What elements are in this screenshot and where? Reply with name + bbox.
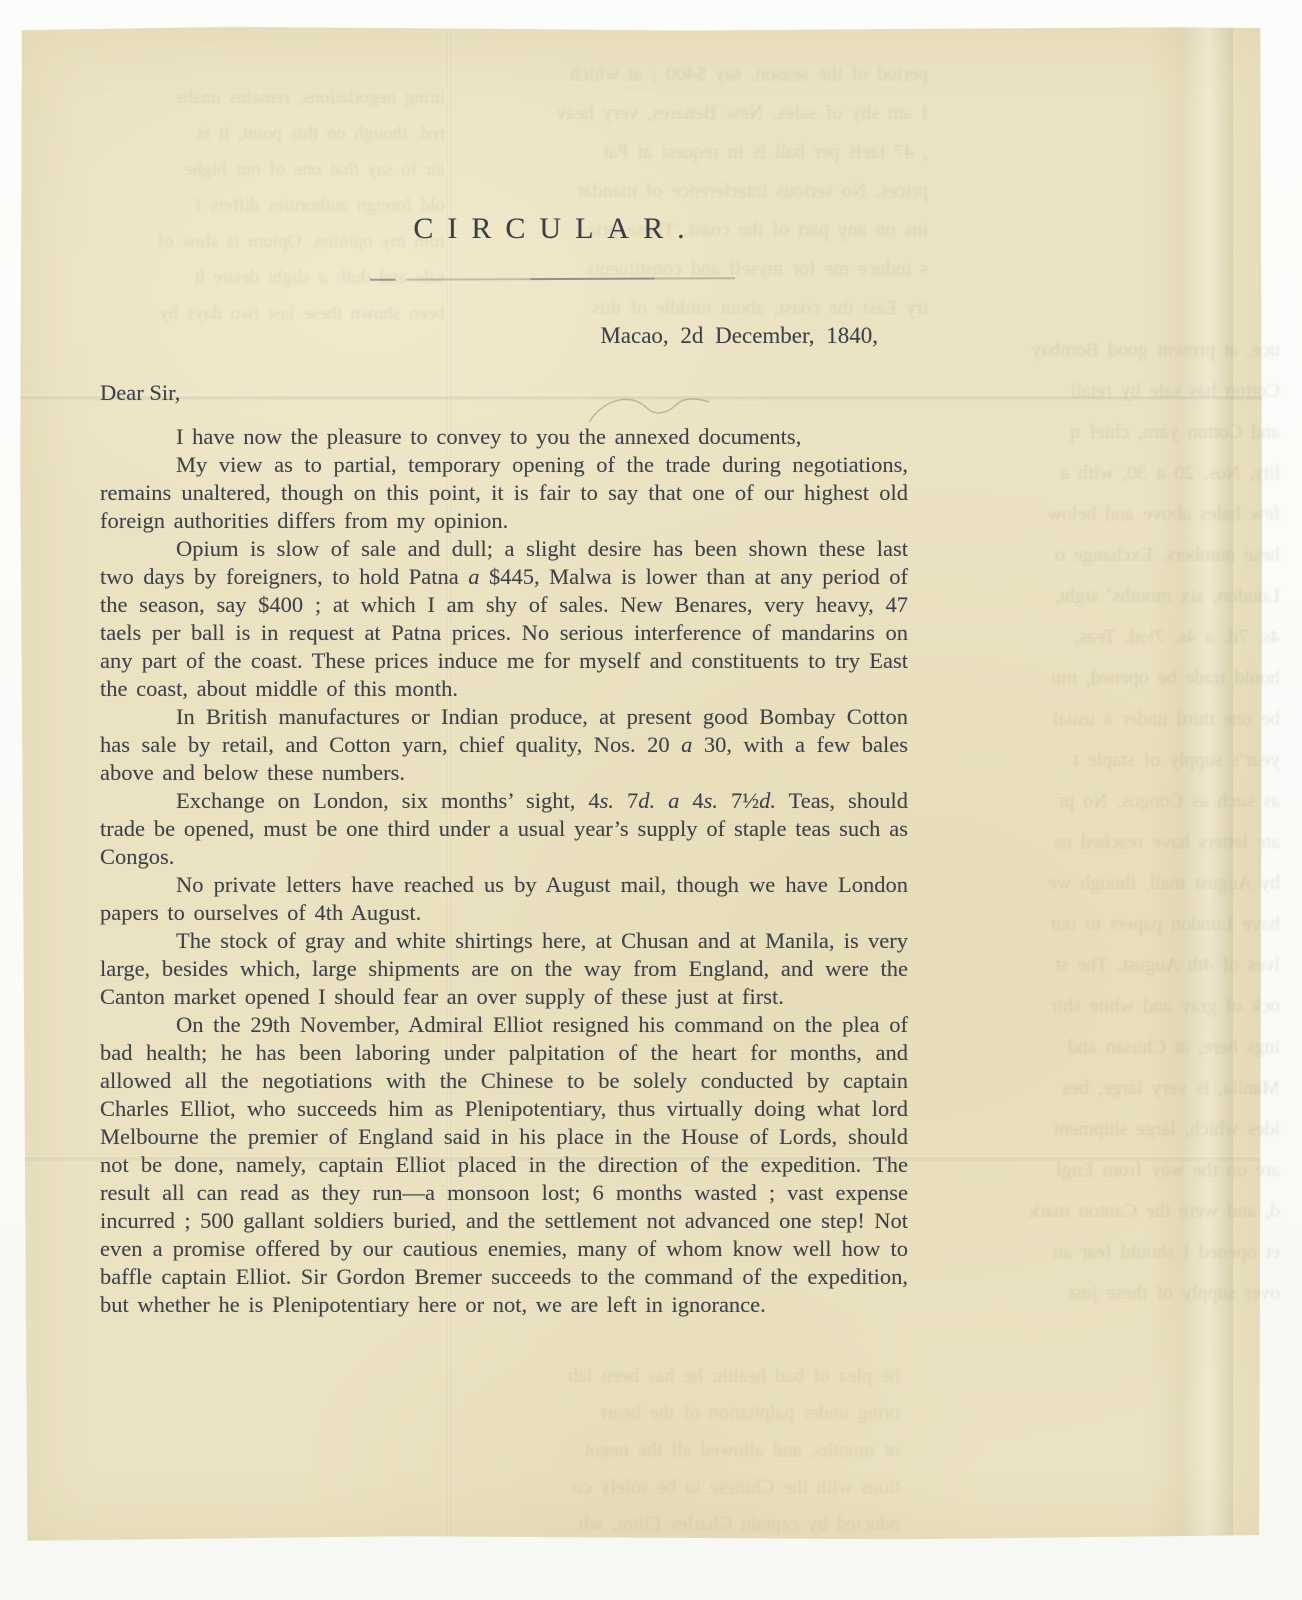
- paragraph: Opium is slow of sale and dull; a slight…: [100, 535, 908, 703]
- paragraph: No private letters have reached us by Au…: [100, 871, 908, 927]
- paragraph: The stock of gray and white shirtings he…: [100, 927, 908, 1011]
- paragraph: My view as to partial, temporary opening…: [100, 451, 908, 535]
- paragraph: In British manufactures or Indian produc…: [100, 703, 908, 787]
- paragraph: On the 29th November, Admiral Elliot res…: [100, 1011, 908, 1319]
- scan-background: uring negotiations, remains unaltered, t…: [0, 0, 1302, 1600]
- paragraph: Exchange on London, six months’ sight, 4…: [100, 787, 908, 871]
- page-curl-shading: [1148, 26, 1233, 1542]
- paragraphs: I have now the pleasure to convey to you…: [100, 423, 908, 1319]
- paragraph: I have now the pleasure to convey to you…: [100, 423, 908, 451]
- letter-title: CIRCULAR.: [152, 212, 960, 246]
- letter: CIRCULAR. Macao, 2d December, 1840, Dear…: [100, 26, 908, 1319]
- salutation: Dear Sir,: [100, 380, 908, 406]
- dateline: Macao, 2d December, 1840,: [100, 323, 878, 349]
- title-rule: [100, 277, 908, 281]
